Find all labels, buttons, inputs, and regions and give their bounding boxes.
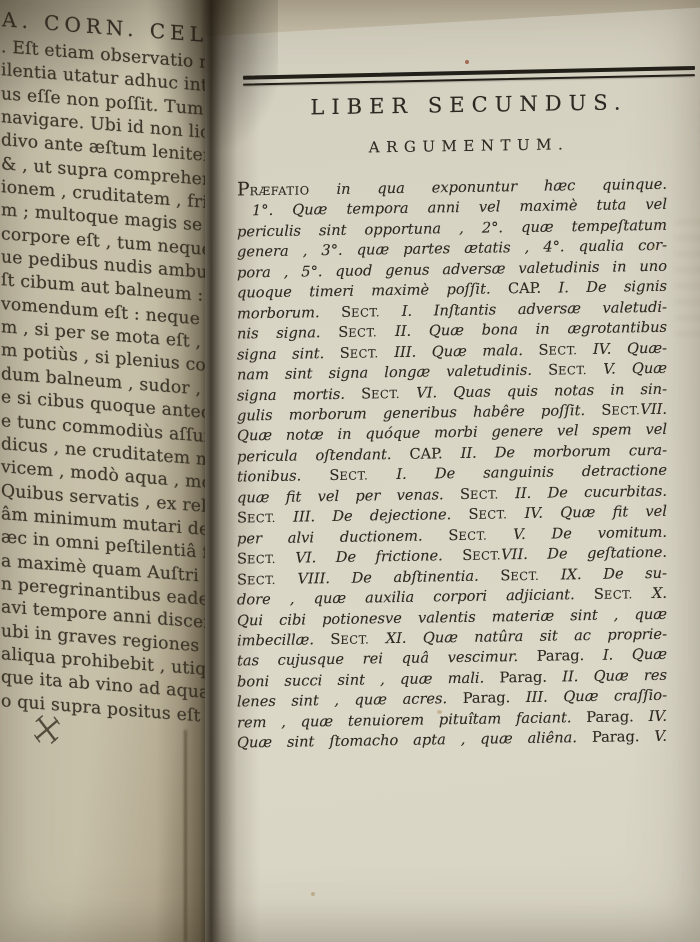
chapter-title: LIBER SECUNDUS. (243, 89, 695, 120)
left-text-column: . Eſt etiam observatio neceſſaria ,ilent… (0, 36, 232, 736)
double-rule-top (243, 66, 695, 80)
argumentum-text: PRÆFATIO in qua exponuntur hæc quinque.1… (237, 174, 667, 754)
gutter-fold-line (184, 730, 187, 942)
right-page-content: LIBER SECUNDUS. ARGUMENTUM. PRÆFATIO in … (205, 0, 700, 942)
book-photo: A. CORN. CELSI . Eſt etiam observatio ne… (0, 0, 700, 942)
left-page: A. CORN. CELSI . Eſt etiam observatio ne… (0, 0, 232, 942)
left-page-text-block: A. CORN. CELSI . Eſt etiam observatio ne… (0, 0, 232, 736)
printer-ornament-icon (30, 711, 63, 748)
argumentum-heading: ARGUMENTUM. (243, 133, 695, 158)
right-page: LIBER SECUNDUS. ARGUMENTUM. PRÆFATIO in … (205, 0, 700, 942)
